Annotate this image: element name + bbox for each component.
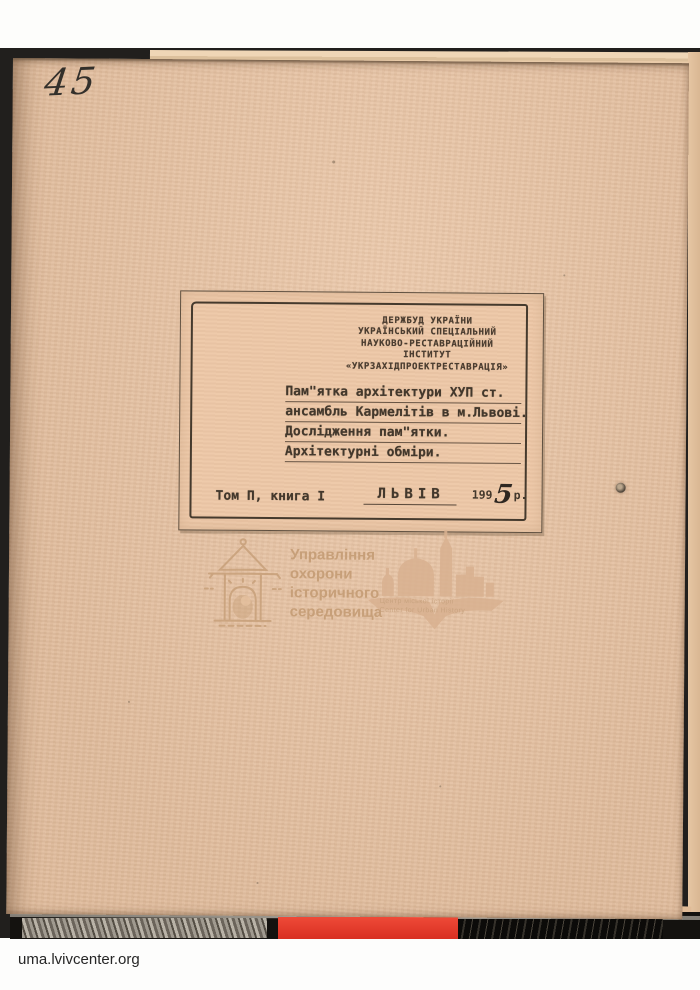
watermark-line: Центр міської історії [380,597,466,607]
document-cover-page: 45 ДЕРЖБУД УКРАЇНИ УКРАЇНСЬКИЙ СПЕЦІАЛЬН… [6,58,689,919]
watermark-line: історичного [290,583,383,603]
institution-header: ДЕРЖБУД УКРАЇНИ УКРАЇНСЬКИЙ СПЕЦІАЛЬНИЙ … [331,316,524,375]
crinkled-wrapper-texture [22,918,267,938]
watermark-line: середовища [290,602,383,622]
header-line: «УКРЗАХІДПРОЕКТРЕСТАВРАЦІЯ» [331,361,524,374]
header-line: УКРАЇНСЬКИЙ СПЕЦІАЛЬНИЙ [331,327,524,340]
paper-speck [439,785,441,787]
handwritten-page-number: 45 [42,59,101,104]
paper-speck [257,882,259,884]
title-line: Пам"ятка архітектури ХУП ст. [285,385,521,404]
archival-label: ДЕРЖБУД УКРАЇНИ УКРАЇНСЬКИЙ СПЕЦІАЛЬНИЙ … [178,290,544,533]
label-border: ДЕРЖБУД УКРАЇНИ УКРАЇНСЬКИЙ СПЕЦІАЛЬНИЙ … [189,301,528,521]
city-skyline-logo-icon [353,526,516,639]
binding-hole [616,483,626,493]
city-name: ЛЬВІВ [364,486,457,506]
paper-speck [332,161,335,164]
title-line: ансамбль Кармелітів в м.Львові. [285,405,521,424]
title-line: Архітектурні обміри. [285,445,521,464]
publication-line: ЛЬВІВ 199 5 р. [364,486,528,506]
watermark-line: Center for Urban History [380,606,466,616]
paper-speck [563,274,565,276]
red-binding-strip [278,917,458,939]
paper-speck [128,701,130,703]
year-suffix: р. [514,488,528,502]
heritage-tower-logo-icon [198,535,287,638]
underlying-page-edge-right [688,52,700,924]
document-title-block: Пам"ятка архітектури ХУП ст. ансамбль Ка… [285,385,522,467]
year-typed: 199 [472,488,493,502]
watermark-line: Управління [290,545,383,565]
scan-bottom-margin: uma.lvivcenter.org [0,939,700,990]
volume-label: Том П, книга І [216,489,326,505]
urban-history-watermark-text: Центр міської історії Center for Urban H… [380,597,466,616]
site-watermark-text: uma.lvivcenter.org [18,951,140,968]
title-line: Дослідження пам"ятки. [285,425,521,444]
heritage-office-watermark-text: Управління охорони історичного середовищ… [290,545,383,622]
watermark-line: охорони [290,564,383,584]
dark-binding-texture [458,919,663,939]
